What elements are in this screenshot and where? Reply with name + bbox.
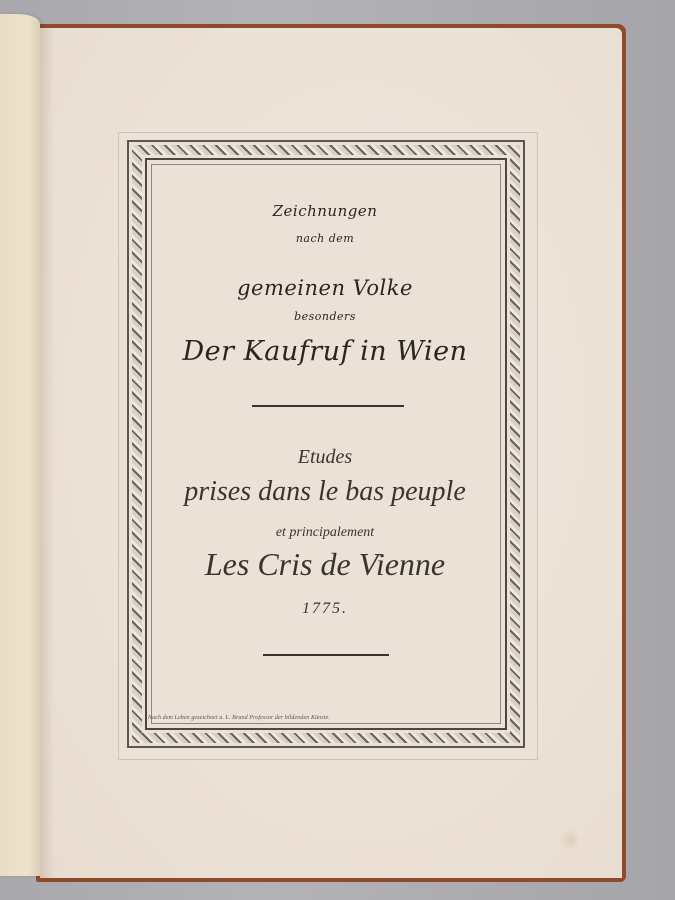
french-title-line-2: prises dans le bas peuple	[150, 476, 500, 508]
previous-leaf	[0, 14, 40, 876]
german-title-line-4: besonders	[150, 310, 500, 323]
year: 1775.	[150, 600, 500, 618]
german-title-line-2: nach dem	[150, 232, 500, 245]
divider-rule-bottom	[263, 654, 389, 656]
german-title-line-1: Zeichnungen	[150, 202, 500, 220]
foxing-stain	[560, 828, 580, 852]
inner-frame-hairline	[151, 164, 501, 724]
engraver-imprint: Nach dem Leben gezeichnet u. L. Brand Pr…	[148, 715, 378, 721]
french-title-line-3: et principalement	[150, 525, 500, 541]
french-title-line-1: Etudes	[150, 446, 500, 469]
german-title-line-3: gemeinen Volke	[150, 276, 500, 300]
gutter-shadow	[40, 28, 54, 878]
book-photo: Zeichnungen nach dem gemeinen Volke beso…	[0, 0, 675, 900]
french-title-line-4: Les Cris de Vienne	[150, 546, 500, 583]
german-title-line-5: Der Kaufruf in Wien	[150, 336, 500, 367]
divider-rule-top	[252, 405, 404, 407]
